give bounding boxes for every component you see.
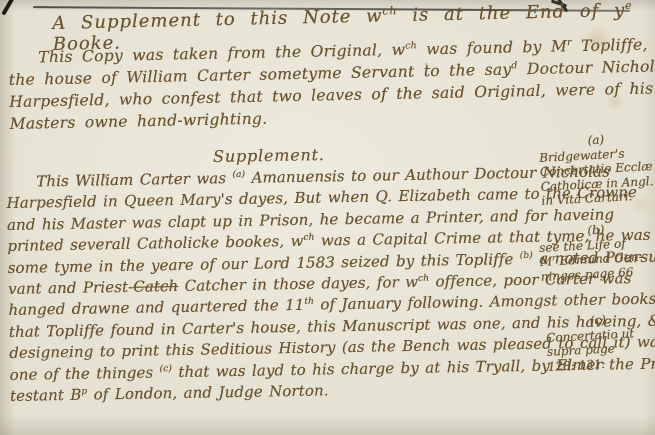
margin-note-c-text: Concertatio utsupra page128: 131:	[546, 325, 653, 374]
margin-note-a-text: Bridgewater'sConcertatio EcclæCatholicæ …	[539, 144, 655, 208]
supplement-heading: Supplement.	[213, 145, 325, 166]
margin-note-b-text: see the Life ofMr Edmund Gen-ninges page…	[539, 234, 655, 283]
margin-note-b: (b) see the Life ofMr Edmund Gen-ninges …	[538, 220, 655, 284]
paragraph-copy-provenance: This Copy was taken from the Original, w…	[8, 34, 610, 135]
margin-note-c: (c) Concertatio utsupra page128: 131:	[545, 311, 653, 374]
paragraph-supplement-body: This William Carter was (a) Amanuensis t…	[6, 162, 555, 407]
manuscript-scan: A Supplement to this Note wch is at the …	[0, 0, 655, 435]
margin-note-a: (a) Bridgewater'sConcertatio EcclæCathol…	[538, 130, 655, 208]
corner-ink-stroke-left	[1, 0, 14, 16]
